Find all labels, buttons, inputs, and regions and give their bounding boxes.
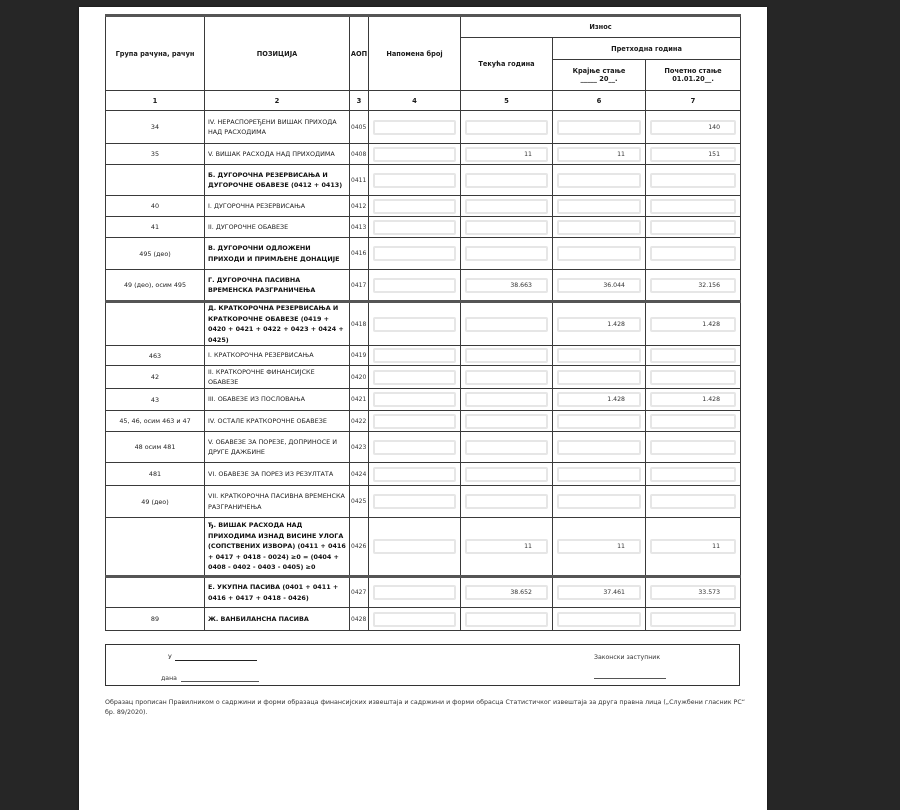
current-year-cell: 11 bbox=[461, 144, 553, 165]
table-row: 49 (део)VII. КРАТКОРОЧНА ПАСИВНА ВРЕМЕНС… bbox=[106, 486, 741, 518]
current-year-input[interactable] bbox=[465, 494, 548, 509]
previous-year-end-cell bbox=[553, 238, 646, 270]
group-account-cell: 49 (део) bbox=[106, 486, 205, 518]
group-account-cell bbox=[106, 518, 205, 577]
place-field: У bbox=[168, 654, 257, 661]
table-row: Е. УКУПНА ПАСИВА (0401 + 0411 + 0416 + 0… bbox=[106, 577, 741, 608]
note-number-cell bbox=[369, 217, 461, 238]
previous-year-opening-cell bbox=[646, 463, 741, 486]
note-number-input[interactable] bbox=[373, 612, 456, 627]
previous-year-end-input[interactable] bbox=[557, 246, 641, 261]
previous-year-opening-input[interactable]: 140 bbox=[650, 120, 736, 135]
group-account-cell bbox=[106, 165, 205, 196]
aop-cell: 0418 bbox=[350, 302, 369, 346]
previous-year-end-input[interactable] bbox=[557, 612, 641, 627]
note-number-input[interactable] bbox=[373, 220, 456, 235]
table-row: 481VI. ОБАВЕЗЕ ЗА ПОРЕЗ ИЗ РЕЗУЛТАТА0424 bbox=[106, 463, 741, 486]
previous-year-end-cell bbox=[553, 346, 646, 366]
header-group-account: Група рачуна, рачун bbox=[106, 16, 205, 91]
place-input-line[interactable] bbox=[175, 654, 257, 661]
column-number: 5 bbox=[461, 91, 553, 111]
table-row: 35V. ВИШАК РАСХОДА НАД ПРИХОДИМА04081111… bbox=[106, 144, 741, 165]
current-year-cell bbox=[461, 463, 553, 486]
previous-year-end-cell bbox=[553, 196, 646, 217]
header-aop: АОП bbox=[350, 16, 369, 91]
aop-cell: 0412 bbox=[350, 196, 369, 217]
table-row: 463I. КРАТКОРОЧНА РЕЗЕРВИСАЊА0419 bbox=[106, 346, 741, 366]
aop-cell: 0421 bbox=[350, 389, 369, 411]
aop-cell: 0428 bbox=[350, 608, 369, 631]
current-year-cell bbox=[461, 165, 553, 196]
current-year-input[interactable] bbox=[465, 612, 548, 627]
position-cell: V. ОБАВЕЗЕ ЗА ПОРЕЗЕ, ДОПРИНОСЕ И ДРУГЕ … bbox=[205, 432, 350, 463]
note-number-cell bbox=[369, 302, 461, 346]
table-row: 34IV. НЕРАСПОРЕЂЕНИ ВИШАК ПРИХОДА НАД РА… bbox=[106, 111, 741, 144]
position-cell: III. ОБАВЕЗЕ ИЗ ПОСЛОВАЊА bbox=[205, 389, 350, 411]
current-year-cell bbox=[461, 346, 553, 366]
group-account-cell: 49 (део), осим 495 bbox=[106, 270, 205, 302]
previous-year-end-input[interactable]: 1.428 bbox=[557, 392, 641, 407]
header-position: ПОЗИЦИЈА bbox=[205, 16, 350, 91]
previous-year-opening-input[interactable] bbox=[650, 220, 736, 235]
signature-block: У дана Законски заступник bbox=[105, 644, 740, 686]
group-account-cell: 45, 46, осим 463 и 47 bbox=[106, 411, 205, 432]
previous-year-end-cell: 11 bbox=[553, 518, 646, 577]
header-previous-year: Претходна година bbox=[553, 38, 741, 60]
group-account-cell: 42 bbox=[106, 366, 205, 389]
group-account-cell: 41 bbox=[106, 217, 205, 238]
note-number-input[interactable] bbox=[373, 348, 456, 363]
aop-cell: 0416 bbox=[350, 238, 369, 270]
current-year-cell: 38.652 bbox=[461, 577, 553, 608]
position-cell: IV. ОСТАЛЕ КРАТКОРОЧНЕ ОБАВЕЗЕ bbox=[205, 411, 350, 432]
previous-year-opening-cell bbox=[646, 486, 741, 518]
previous-year-end-input[interactable] bbox=[557, 220, 641, 235]
previous-year-end-cell bbox=[553, 608, 646, 631]
previous-year-end-input[interactable]: 36.044 bbox=[557, 278, 641, 293]
current-year-input[interactable] bbox=[465, 220, 548, 235]
previous-year-opening-cell: 151 bbox=[646, 144, 741, 165]
column-number: 7 bbox=[646, 91, 741, 111]
note-number-cell bbox=[369, 518, 461, 577]
balance-rows: 34IV. НЕРАСПОРЕЂЕНИ ВИШАК ПРИХОДА НАД РА… bbox=[106, 111, 741, 631]
note-number-input[interactable] bbox=[373, 173, 456, 188]
previous-year-opening-cell: 32.156 bbox=[646, 270, 741, 302]
column-number: 2 bbox=[205, 91, 350, 111]
current-year-input[interactable] bbox=[465, 440, 548, 455]
header-note-number: Напомена број bbox=[369, 16, 461, 91]
previous-year-opening-input[interactable] bbox=[650, 414, 736, 429]
current-year-cell bbox=[461, 196, 553, 217]
table-row: 495 (део)В. ДУГОРОЧНИ ОДЛОЖЕНИ ПРИХОДИ И… bbox=[106, 238, 741, 270]
previous-year-end-cell: 11 bbox=[553, 144, 646, 165]
current-year-input[interactable]: 11 bbox=[465, 147, 548, 162]
table-row: 43III. ОБАВЕЗЕ ИЗ ПОСЛОВАЊА04211.4281.42… bbox=[106, 389, 741, 411]
previous-year-end-cell: 37.461 bbox=[553, 577, 646, 608]
position-cell: I. ДУГОРОЧНА РЕЗЕРВИСАЊА bbox=[205, 196, 350, 217]
aop-cell: 0411 bbox=[350, 165, 369, 196]
previous-year-opening-input[interactable] bbox=[650, 348, 736, 363]
note-number-cell bbox=[369, 144, 461, 165]
previous-year-opening-input[interactable]: 1.428 bbox=[650, 392, 736, 407]
table-row: 45, 46, осим 463 и 47IV. ОСТАЛЕ КРАТКОРО… bbox=[106, 411, 741, 432]
header-current-year: Текућа година bbox=[461, 38, 553, 91]
previous-year-opening-cell bbox=[646, 432, 741, 463]
previous-year-end-cell: 1.428 bbox=[553, 389, 646, 411]
position-cell: Г. ДУГОРОЧНА ПАСИВНА ВРЕМЕНСКА РАЗГРАНИЧ… bbox=[205, 270, 350, 302]
current-year-cell bbox=[461, 302, 553, 346]
column-number: 6 bbox=[553, 91, 646, 111]
document-page: Група рачуна, рачун ПОЗИЦИЈА АОП Напомен… bbox=[79, 7, 767, 810]
date-input-line[interactable] bbox=[181, 675, 259, 682]
previous-year-opening-input[interactable] bbox=[650, 199, 736, 214]
previous-year-opening-input[interactable] bbox=[650, 494, 736, 509]
note-number-input[interactable] bbox=[373, 120, 456, 135]
position-cell: II. ДУГОРОЧНЕ ОБАВЕЗЕ bbox=[205, 217, 350, 238]
note-number-input[interactable] bbox=[373, 539, 456, 554]
note-number-input[interactable] bbox=[373, 147, 456, 162]
table-row: Д. КРАТКОРОЧНА РЕЗЕРВИСАЊА И КРАТКОРОЧНЕ… bbox=[106, 302, 741, 346]
note-number-cell bbox=[369, 577, 461, 608]
current-year-input[interactable]: 38.663 bbox=[465, 278, 548, 293]
note-number-input[interactable] bbox=[373, 440, 456, 455]
group-account-cell: 463 bbox=[106, 346, 205, 366]
note-number-cell bbox=[369, 366, 461, 389]
table-row: 48 осим 481V. ОБАВЕЗЕ ЗА ПОРЕЗЕ, ДОПРИНО… bbox=[106, 432, 741, 463]
note-number-cell bbox=[369, 111, 461, 144]
previous-year-end-input[interactable] bbox=[557, 199, 641, 214]
current-year-cell bbox=[461, 366, 553, 389]
position-cell: Ж. ВАНБИЛАНСНА ПАСИВА bbox=[205, 608, 350, 631]
current-year-cell bbox=[461, 411, 553, 432]
position-cell: Б. ДУГОРОЧНА РЕЗЕРВИСАЊА И ДУГОРОЧНЕ ОБА… bbox=[205, 165, 350, 196]
position-cell: V. ВИШАК РАСХОДА НАД ПРИХОДИМА bbox=[205, 144, 350, 165]
current-year-cell bbox=[461, 217, 553, 238]
note-number-input[interactable] bbox=[373, 414, 456, 429]
current-year-cell bbox=[461, 486, 553, 518]
aop-cell: 0424 bbox=[350, 463, 369, 486]
previous-year-opening-cell: 11 bbox=[646, 518, 741, 577]
previous-year-opening-input[interactable] bbox=[650, 370, 736, 385]
current-year-input[interactable] bbox=[465, 392, 548, 407]
note-number-input[interactable] bbox=[373, 467, 456, 482]
group-account-cell: 48 осим 481 bbox=[106, 432, 205, 463]
aop-cell: 0425 bbox=[350, 486, 369, 518]
previous-year-end-input[interactable] bbox=[557, 348, 641, 363]
header-opening-balance: Почетно стање 01.01.20__. bbox=[646, 60, 741, 91]
table-row: 49 (део), осим 495Г. ДУГОРОЧНА ПАСИВНА В… bbox=[106, 270, 741, 302]
note-number-input[interactable] bbox=[373, 278, 456, 293]
position-cell: Ђ. ВИШАК РАСХОДА НАД ПРИХОДИМА ИЗНАД ВИС… bbox=[205, 518, 350, 577]
note-number-cell bbox=[369, 238, 461, 270]
legal-representative-label: Законски заступник bbox=[594, 654, 660, 661]
note-number-input[interactable] bbox=[373, 585, 456, 600]
current-year-cell bbox=[461, 608, 553, 631]
previous-year-opening-input[interactable] bbox=[650, 246, 736, 261]
aop-cell: 0419 bbox=[350, 346, 369, 366]
footnote: Образац прописан Правилником о садржини … bbox=[105, 698, 745, 718]
current-year-input[interactable] bbox=[465, 199, 548, 214]
note-number-cell bbox=[369, 165, 461, 196]
aop-cell: 0417 bbox=[350, 270, 369, 302]
position-cell: Е. УКУПНА ПАСИВА (0401 + 0411 + 0416 + 0… bbox=[205, 577, 350, 608]
previous-year-end-cell bbox=[553, 486, 646, 518]
header-end-balance: Крајње стање _____ 20__. bbox=[553, 60, 646, 91]
previous-year-opening-input[interactable]: 1.428 bbox=[650, 317, 736, 332]
note-number-input[interactable] bbox=[373, 392, 456, 407]
previous-year-end-input[interactable] bbox=[557, 440, 641, 455]
column-number: 4 bbox=[369, 91, 461, 111]
note-number-cell bbox=[369, 196, 461, 217]
current-year-input[interactable] bbox=[465, 348, 548, 363]
previous-year-end-input[interactable] bbox=[557, 120, 641, 135]
position-cell: В. ДУГОРОЧНИ ОДЛОЖЕНИ ПРИХОДИ И ПРИМЉЕНЕ… bbox=[205, 238, 350, 270]
current-year-cell bbox=[461, 389, 553, 411]
note-number-cell bbox=[369, 486, 461, 518]
table-row: Б. ДУГОРОЧНА РЕЗЕРВИСАЊА И ДУГОРОЧНЕ ОБА… bbox=[106, 165, 741, 196]
previous-year-opening-input[interactable]: 11 bbox=[650, 539, 736, 554]
previous-year-opening-input[interactable] bbox=[650, 440, 736, 455]
aop-cell: 0423 bbox=[350, 432, 369, 463]
date-field: дана bbox=[161, 675, 259, 682]
previous-year-end-cell: 36.044 bbox=[553, 270, 646, 302]
aop-cell: 0408 bbox=[350, 144, 369, 165]
table-row: 40I. ДУГОРОЧНА РЕЗЕРВИСАЊА0412 bbox=[106, 196, 741, 217]
aop-cell: 0405 bbox=[350, 111, 369, 144]
previous-year-opening-cell bbox=[646, 346, 741, 366]
column-number: 1 bbox=[106, 91, 205, 111]
column-number-row: 1234567 bbox=[106, 91, 741, 111]
group-account-cell: 43 bbox=[106, 389, 205, 411]
previous-year-end-cell bbox=[553, 411, 646, 432]
note-number-cell bbox=[369, 389, 461, 411]
current-year-input[interactable]: 38.652 bbox=[465, 585, 548, 600]
previous-year-end-input[interactable] bbox=[557, 370, 641, 385]
previous-year-opening-cell bbox=[646, 165, 741, 196]
previous-year-opening-cell bbox=[646, 411, 741, 432]
aop-cell: 0427 bbox=[350, 577, 369, 608]
previous-year-opening-input[interactable]: 151 bbox=[650, 147, 736, 162]
previous-year-opening-cell bbox=[646, 217, 741, 238]
current-year-input[interactable] bbox=[465, 414, 548, 429]
current-year-cell: 11 bbox=[461, 518, 553, 577]
previous-year-opening-cell: 33.573 bbox=[646, 577, 741, 608]
current-year-cell bbox=[461, 432, 553, 463]
previous-year-end-cell bbox=[553, 111, 646, 144]
place-label: У bbox=[168, 654, 172, 661]
group-account-cell: 481 bbox=[106, 463, 205, 486]
group-account-cell bbox=[106, 302, 205, 346]
column-number: 3 bbox=[350, 91, 369, 111]
previous-year-end-input[interactable]: 1.428 bbox=[557, 317, 641, 332]
current-year-cell bbox=[461, 111, 553, 144]
table-row: Ђ. ВИШАК РАСХОДА НАД ПРИХОДИМА ИЗНАД ВИС… bbox=[106, 518, 741, 577]
note-number-input[interactable] bbox=[373, 246, 456, 261]
previous-year-opening-input[interactable] bbox=[650, 612, 736, 627]
position-cell: VI. ОБАВЕЗЕ ЗА ПОРЕЗ ИЗ РЕЗУЛТАТА bbox=[205, 463, 350, 486]
note-number-cell bbox=[369, 463, 461, 486]
date-label: дана bbox=[161, 675, 177, 682]
previous-year-opening-input[interactable]: 32.156 bbox=[650, 278, 736, 293]
group-account-cell: 89 bbox=[106, 608, 205, 631]
previous-year-opening-cell bbox=[646, 366, 741, 389]
note-number-cell bbox=[369, 608, 461, 631]
previous-year-end-input[interactable]: 11 bbox=[557, 147, 641, 162]
previous-year-end-cell bbox=[553, 432, 646, 463]
previous-year-opening-cell bbox=[646, 196, 741, 217]
group-account-cell: 40 bbox=[106, 196, 205, 217]
previous-year-opening-input[interactable] bbox=[650, 467, 736, 482]
previous-year-end-input[interactable]: 11 bbox=[557, 539, 641, 554]
note-number-input[interactable] bbox=[373, 199, 456, 214]
table-row: 41II. ДУГОРОЧНЕ ОБАВЕЗЕ0413 bbox=[106, 217, 741, 238]
current-year-cell bbox=[461, 238, 553, 270]
previous-year-end-cell: 1.428 bbox=[553, 302, 646, 346]
current-year-input[interactable] bbox=[465, 120, 548, 135]
note-number-input[interactable] bbox=[373, 317, 456, 332]
position-cell: VII. КРАТКОРОЧНА ПАСИВНА ВРЕМЕНСКА РАЗГР… bbox=[205, 486, 350, 518]
current-year-input[interactable] bbox=[465, 317, 548, 332]
aop-cell: 0426 bbox=[350, 518, 369, 577]
group-account-cell bbox=[106, 577, 205, 608]
table-row: 89Ж. ВАНБИЛАНСНА ПАСИВА0428 bbox=[106, 608, 741, 631]
aop-cell: 0420 bbox=[350, 366, 369, 389]
previous-year-opening-cell bbox=[646, 238, 741, 270]
balance-sheet-table: Група рачуна, рачун ПОЗИЦИЈА АОП Напомен… bbox=[105, 14, 741, 631]
position-cell: II. КРАТКОРОЧНЕ ФИНАНСИЈСКЕ ОБАВЕЗЕ bbox=[205, 366, 350, 389]
previous-year-end-cell bbox=[553, 165, 646, 196]
table-row: 42II. КРАТКОРОЧНЕ ФИНАНСИЈСКЕ ОБАВЕЗЕ042… bbox=[106, 366, 741, 389]
aop-cell: 0413 bbox=[350, 217, 369, 238]
current-year-input[interactable] bbox=[465, 246, 548, 261]
current-year-input[interactable] bbox=[465, 467, 548, 482]
previous-year-opening-cell bbox=[646, 608, 741, 631]
legal-representative-signature-line[interactable] bbox=[594, 678, 666, 679]
previous-year-opening-input[interactable]: 33.573 bbox=[650, 585, 736, 600]
header-amount: Износ bbox=[461, 16, 741, 38]
previous-year-end-input[interactable] bbox=[557, 494, 641, 509]
current-year-cell: 38.663 bbox=[461, 270, 553, 302]
current-year-input[interactable]: 11 bbox=[465, 539, 548, 554]
position-cell: IV. НЕРАСПОРЕЂЕНИ ВИШАК ПРИХОДА НАД РАСХ… bbox=[205, 111, 350, 144]
current-year-input[interactable] bbox=[465, 370, 548, 385]
previous-year-end-input[interactable] bbox=[557, 414, 641, 429]
previous-year-opening-cell: 140 bbox=[646, 111, 741, 144]
note-number-cell bbox=[369, 411, 461, 432]
previous-year-end-cell bbox=[553, 463, 646, 486]
aop-cell: 0422 bbox=[350, 411, 369, 432]
previous-year-opening-input[interactable] bbox=[650, 173, 736, 188]
note-number-cell bbox=[369, 270, 461, 302]
group-account-cell: 34 bbox=[106, 111, 205, 144]
current-year-input[interactable] bbox=[465, 173, 548, 188]
previous-year-opening-cell: 1.428 bbox=[646, 389, 741, 411]
note-number-input[interactable] bbox=[373, 370, 456, 385]
previous-year-opening-cell: 1.428 bbox=[646, 302, 741, 346]
previous-year-end-input[interactable]: 37.461 bbox=[557, 585, 641, 600]
previous-year-end-input[interactable] bbox=[557, 467, 641, 482]
note-number-cell bbox=[369, 432, 461, 463]
previous-year-end-input[interactable] bbox=[557, 173, 641, 188]
note-number-input[interactable] bbox=[373, 494, 456, 509]
group-account-cell: 35 bbox=[106, 144, 205, 165]
position-cell: Д. КРАТКОРОЧНА РЕЗЕРВИСАЊА И КРАТКОРОЧНЕ… bbox=[205, 302, 350, 346]
previous-year-end-cell bbox=[553, 366, 646, 389]
previous-year-end-cell bbox=[553, 217, 646, 238]
note-number-cell bbox=[369, 346, 461, 366]
group-account-cell: 495 (део) bbox=[106, 238, 205, 270]
position-cell: I. КРАТКОРОЧНА РЕЗЕРВИСАЊА bbox=[205, 346, 350, 366]
